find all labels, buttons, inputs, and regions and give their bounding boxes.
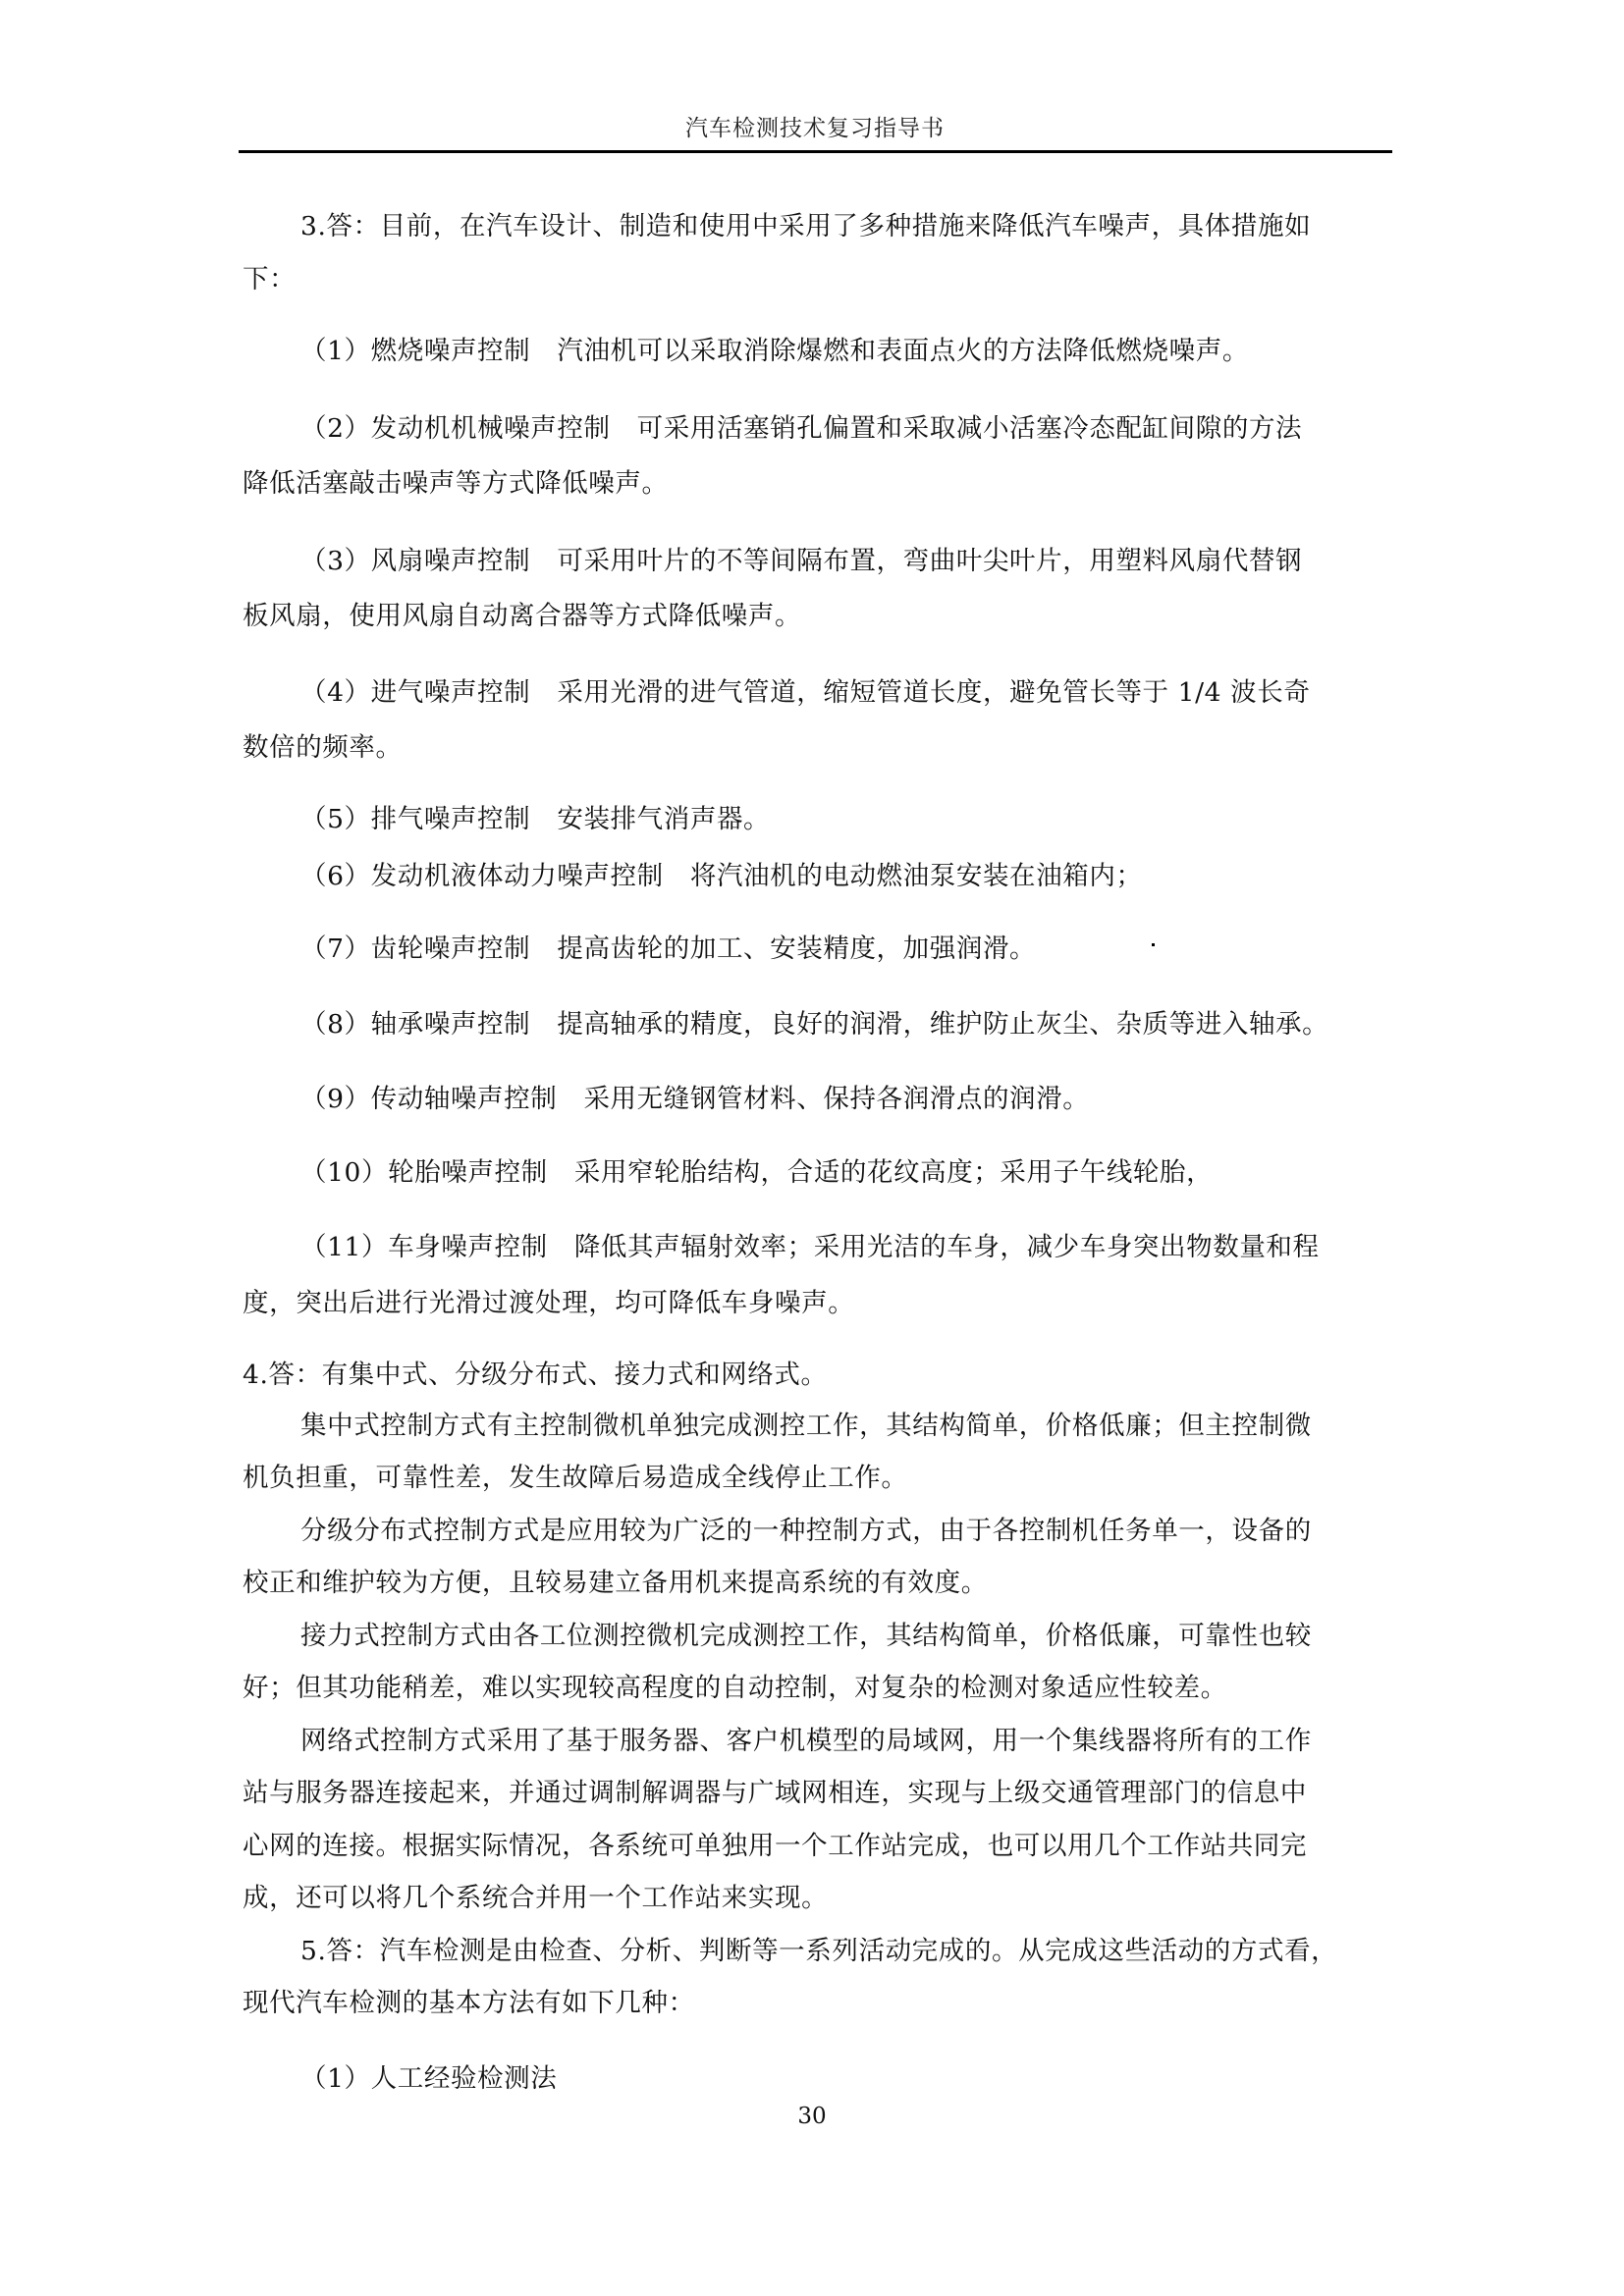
q3-item-3-line-1: （3）风扇噪声控制 可采用叶片的不等间隔布置，弯曲叶尖叶片，用塑料风扇代替钢 <box>300 545 1302 578</box>
q3-intro-line-2: 下： <box>243 263 296 296</box>
q5-line-1: 5.答：汽车检测是由检查、分析、判断等一系列活动完成的。从完成这些活动的方式看， <box>300 1935 1337 1968</box>
q5-item-1: （1）人工经验检测法 <box>300 2062 557 2096</box>
q4-para-2-line-2: 校正和维护较为方便，且较易建立备用机来提高系统的有效度。 <box>243 1567 988 1600</box>
q4-para-4-line-2: 站与服务器连接起来，并通过调制解调器与广域网相连，实现与上级交通管理部门的信息中 <box>243 1777 1307 1810</box>
q3-item-11-line-1: （11）车身噪声控制 降低其声辐射效率；采用光洁的车身，减少车身突出物数量和程 <box>300 1231 1320 1264</box>
q3-intro-line-1: 3.答：目前，在汽车设计、制造和使用中采用了多种措施来降低汽车噪声，具体措施如 <box>300 210 1311 243</box>
q4-para-4-line-4: 成，还可以将几个系统合并用一个工作站来实现。 <box>243 1882 828 1915</box>
q5-line-2: 现代汽车检测的基本方法有如下几种： <box>243 1987 695 2020</box>
header-divider <box>239 150 1392 153</box>
q4-para-1-line-2: 机负担重，可靠性差，发生故障后易造成全线停止工作。 <box>243 1462 908 1495</box>
q4-para-3-line-1: 接力式控制方式由各工位测控微机完成测控工作，其结构简单，价格低廉，可靠性也较 <box>300 1620 1312 1653</box>
q3-item-3-line-2: 板风扇，使用风扇自动离合器等方式降低噪声。 <box>243 600 801 633</box>
q3-item-2-line-2: 降低活塞敲击噪声等方式降低噪声。 <box>243 467 669 501</box>
page-number: 30 <box>0 2104 1624 2129</box>
q3-item-4-line-2: 数倍的频率。 <box>243 731 403 765</box>
q3-item-1: （1）燃烧噪声控制 汽油机可以采取消除爆燃和表面点火的方法降低燃烧噪声。 <box>300 335 1249 368</box>
q4-para-2-line-1: 分级分布式控制方式是应用较为广泛的一种控制方式，由于各控制机任务单一，设备的 <box>300 1515 1312 1548</box>
q4-answer: 4.答：有集中式、分级分布式、接力式和网络式。 <box>243 1359 828 1392</box>
running-header: 汽车检测技术复习指导书 <box>240 110 1390 142</box>
q3-item-10: （10）轮胎噪声控制 采用窄轮胎结构，合适的花纹高度；采用子午线轮胎， <box>300 1156 1213 1190</box>
q4-para-3-line-2: 好；但其功能稍差，难以实现较高程度的自动控制，对复杂的检测对象适应性较差。 <box>243 1672 1227 1705</box>
q3-item-2-line-1: （2）发动机机械噪声控制 可采用活塞销孔偏置和采取减小活塞冷态配缸间隙的方法 <box>300 412 1302 446</box>
q3-item-8: （8）轴承噪声控制 提高轴承的精度，良好的润滑，维护防止灰尘、杂质等进入轴承。 <box>300 1008 1328 1041</box>
q3-item-6: （6）发动机液体动力噪声控制 将汽油机的电动燃油泵安装在油箱内； <box>300 860 1143 893</box>
q4-para-4-line-1: 网络式控制方式采用了基于服务器、客户机模型的局域网，用一个集线器将所有的工作 <box>300 1725 1312 1758</box>
q3-item-7: （7）齿轮噪声控制 提高齿轮的加工、安装精度，加强润滑。 <box>300 933 1036 966</box>
q3-item-5: （5）排气噪声控制 安装排气消声器。 <box>300 803 770 836</box>
q4-para-4-line-3: 心网的连接。根据实际情况，各系统可单独用一个工作站完成，也可以用几个工作站共同完 <box>243 1830 1307 1863</box>
q3-item-4-line-1: （4）进气噪声控制 采用光滑的进气管道，缩短管道长度，避免管长等于 1/4 波长… <box>300 676 1310 710</box>
q3-item-9: （9）传动轴噪声控制 采用无缝钢管材料、保持各润滑点的润滑。 <box>300 1083 1089 1116</box>
q4-para-1-line-1: 集中式控制方式有主控制微机单独完成测控工作，其结构简单，价格低廉；但主控制微 <box>300 1410 1312 1443</box>
q3-item-11-line-2: 度，突出后进行光滑过渡处理，均可降低车身噪声。 <box>243 1287 854 1320</box>
stray-mark <box>1152 943 1155 946</box>
